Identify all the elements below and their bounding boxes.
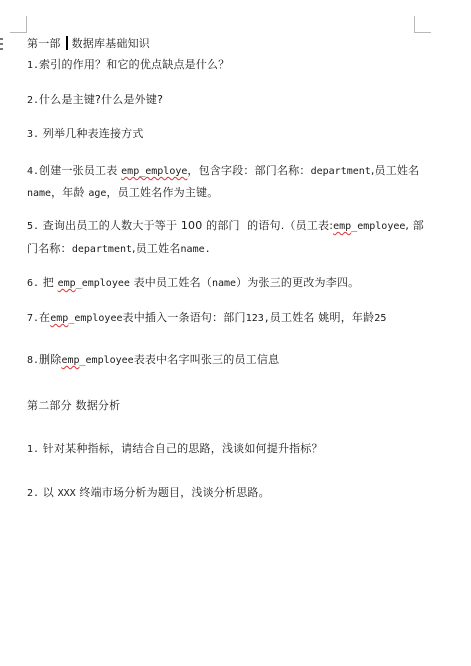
question-text: ）为张三的更改为李四。 [236, 276, 359, 289]
table-name-code: emp [333, 221, 351, 232]
question-5[interactable]: 5. 查询出员工的人数大于等于 100 的部门 的语句.（员工表:emp_emp… [27, 219, 424, 234]
question-text: 终端市场分析为题目，浅谈分析思路。 [76, 486, 270, 499]
field-name-code: department [311, 166, 371, 177]
question-text: 表表中名字叫张三的员工信息 [134, 353, 280, 366]
table-name-code: emp [58, 278, 76, 289]
question-text: ，年龄 [51, 186, 88, 199]
placeholder-code: XXX [58, 488, 76, 499]
question-number: 4. [27, 166, 39, 177]
question-number: 1. [27, 444, 39, 455]
section1-heading-suffix: 数据库基础知识 [72, 37, 150, 50]
question-number: 8. [27, 355, 39, 366]
question-text: 查询出员工的人数大于等于 100 的部门 的语句.（员工表: [39, 219, 333, 232]
crop-mark-top-right [414, 16, 431, 33]
table-name-code: _employee [351, 221, 405, 232]
field-name-code: age [88, 188, 106, 199]
question-4-continuation[interactable]: name，年龄 age，员工姓名作为主键。 [27, 186, 218, 201]
question-number: 3. [27, 129, 39, 140]
question-text: 把 [39, 276, 58, 289]
section2-question-1[interactable]: 1. 针对某种指标，请结合自己的思路，浅谈如何提升指标？ [27, 442, 323, 457]
section1-heading[interactable]: 第一部数据库基础知识 [27, 36, 150, 51]
paragraph-drag-handle-icon[interactable] [0, 38, 4, 50]
question-text: 针对某种指标，请结合自己的思路，浅谈如何提升指标？ [39, 442, 323, 455]
question-number: 6. [27, 278, 39, 289]
question-2[interactable]: 2.什么是主键?什么是外键? [27, 93, 163, 108]
question-text: , 部 [405, 219, 424, 232]
question-1[interactable]: 1.索引的作用？和它的优点缺点是什么？ [27, 58, 229, 73]
question-text: 列举几种表连接方式 [39, 127, 144, 140]
table-name-code: _employee [68, 313, 122, 324]
question-text: 索引的作用？和它的优点缺点是什么？ [39, 58, 229, 71]
question-8[interactable]: 8.删除emp_employee表表中名字叫张三的员工信息 [27, 353, 279, 368]
question-number: 2. [27, 488, 39, 499]
question-number: 2. [27, 95, 39, 106]
question-text: 以 [39, 486, 58, 499]
question-text: 在 [39, 311, 50, 324]
question-text: ，包含字段：部门名称： [187, 164, 310, 177]
question-text: 员工姓名 姚明，年龄 [270, 311, 375, 324]
question-number: 5. [27, 221, 39, 232]
table-name-code: _employee [80, 355, 134, 366]
question-7[interactable]: 7.在emp_employee表中插入一条语句：部门123,员工姓名 姚明，年龄… [27, 311, 386, 326]
question-6[interactable]: 6. 把 emp_employee 表中员工姓名（name）为张三的更改为李四。 [27, 276, 359, 291]
question-text: 门名称： [27, 242, 72, 255]
question-text: 表中插入一条语句：部门 [123, 311, 246, 324]
field-name-code: name. [181, 244, 211, 255]
section1-heading-prefix: 第一部 [27, 37, 61, 50]
question-4[interactable]: 4.创建一张员工表 emp_employe，包含字段：部门名称：departme… [27, 164, 419, 179]
section2-question-2[interactable]: 2. 以 XXX 终端市场分析为题目，浅谈分析思路。 [27, 486, 270, 501]
question-text: 什么是主键?什么是外键? [39, 93, 163, 106]
table-name-code: emp [50, 313, 68, 324]
question-5-continuation[interactable]: 门名称：department,员工姓名name. [27, 242, 211, 257]
question-text: ，员工姓名作为主键。 [106, 186, 218, 199]
table-name-code: emp_employe [121, 166, 187, 177]
crop-mark-top-left [10, 16, 27, 33]
question-text: ,员工姓名 [132, 242, 181, 255]
value-code: 123, [246, 313, 270, 324]
field-name-code: department [72, 244, 132, 255]
value-code: 25 [374, 313, 386, 324]
table-name-code: _employee [76, 278, 130, 289]
question-text: 创建一张员工表 [39, 164, 121, 177]
question-text: 删除 [39, 353, 61, 366]
question-3[interactable]: 3. 列举几种表连接方式 [27, 127, 144, 142]
question-number: 7. [27, 313, 39, 324]
question-text: ,员工姓名 [371, 164, 420, 177]
text-cursor [66, 36, 68, 50]
section2-heading[interactable]: 第二部分 数据分析 [27, 399, 120, 413]
document-page[interactable]: 第一部数据库基础知识 1.索引的作用？和它的优点缺点是什么？ 2.什么是主键?什… [0, 0, 471, 666]
question-number: 1. [27, 60, 39, 71]
field-name-code: name [27, 188, 51, 199]
section2-heading-text: 第二部分 数据分析 [27, 399, 120, 412]
table-name-code: emp [61, 355, 79, 366]
question-text: 表中员工姓名（ [130, 276, 212, 289]
field-name-code: name [212, 278, 236, 289]
